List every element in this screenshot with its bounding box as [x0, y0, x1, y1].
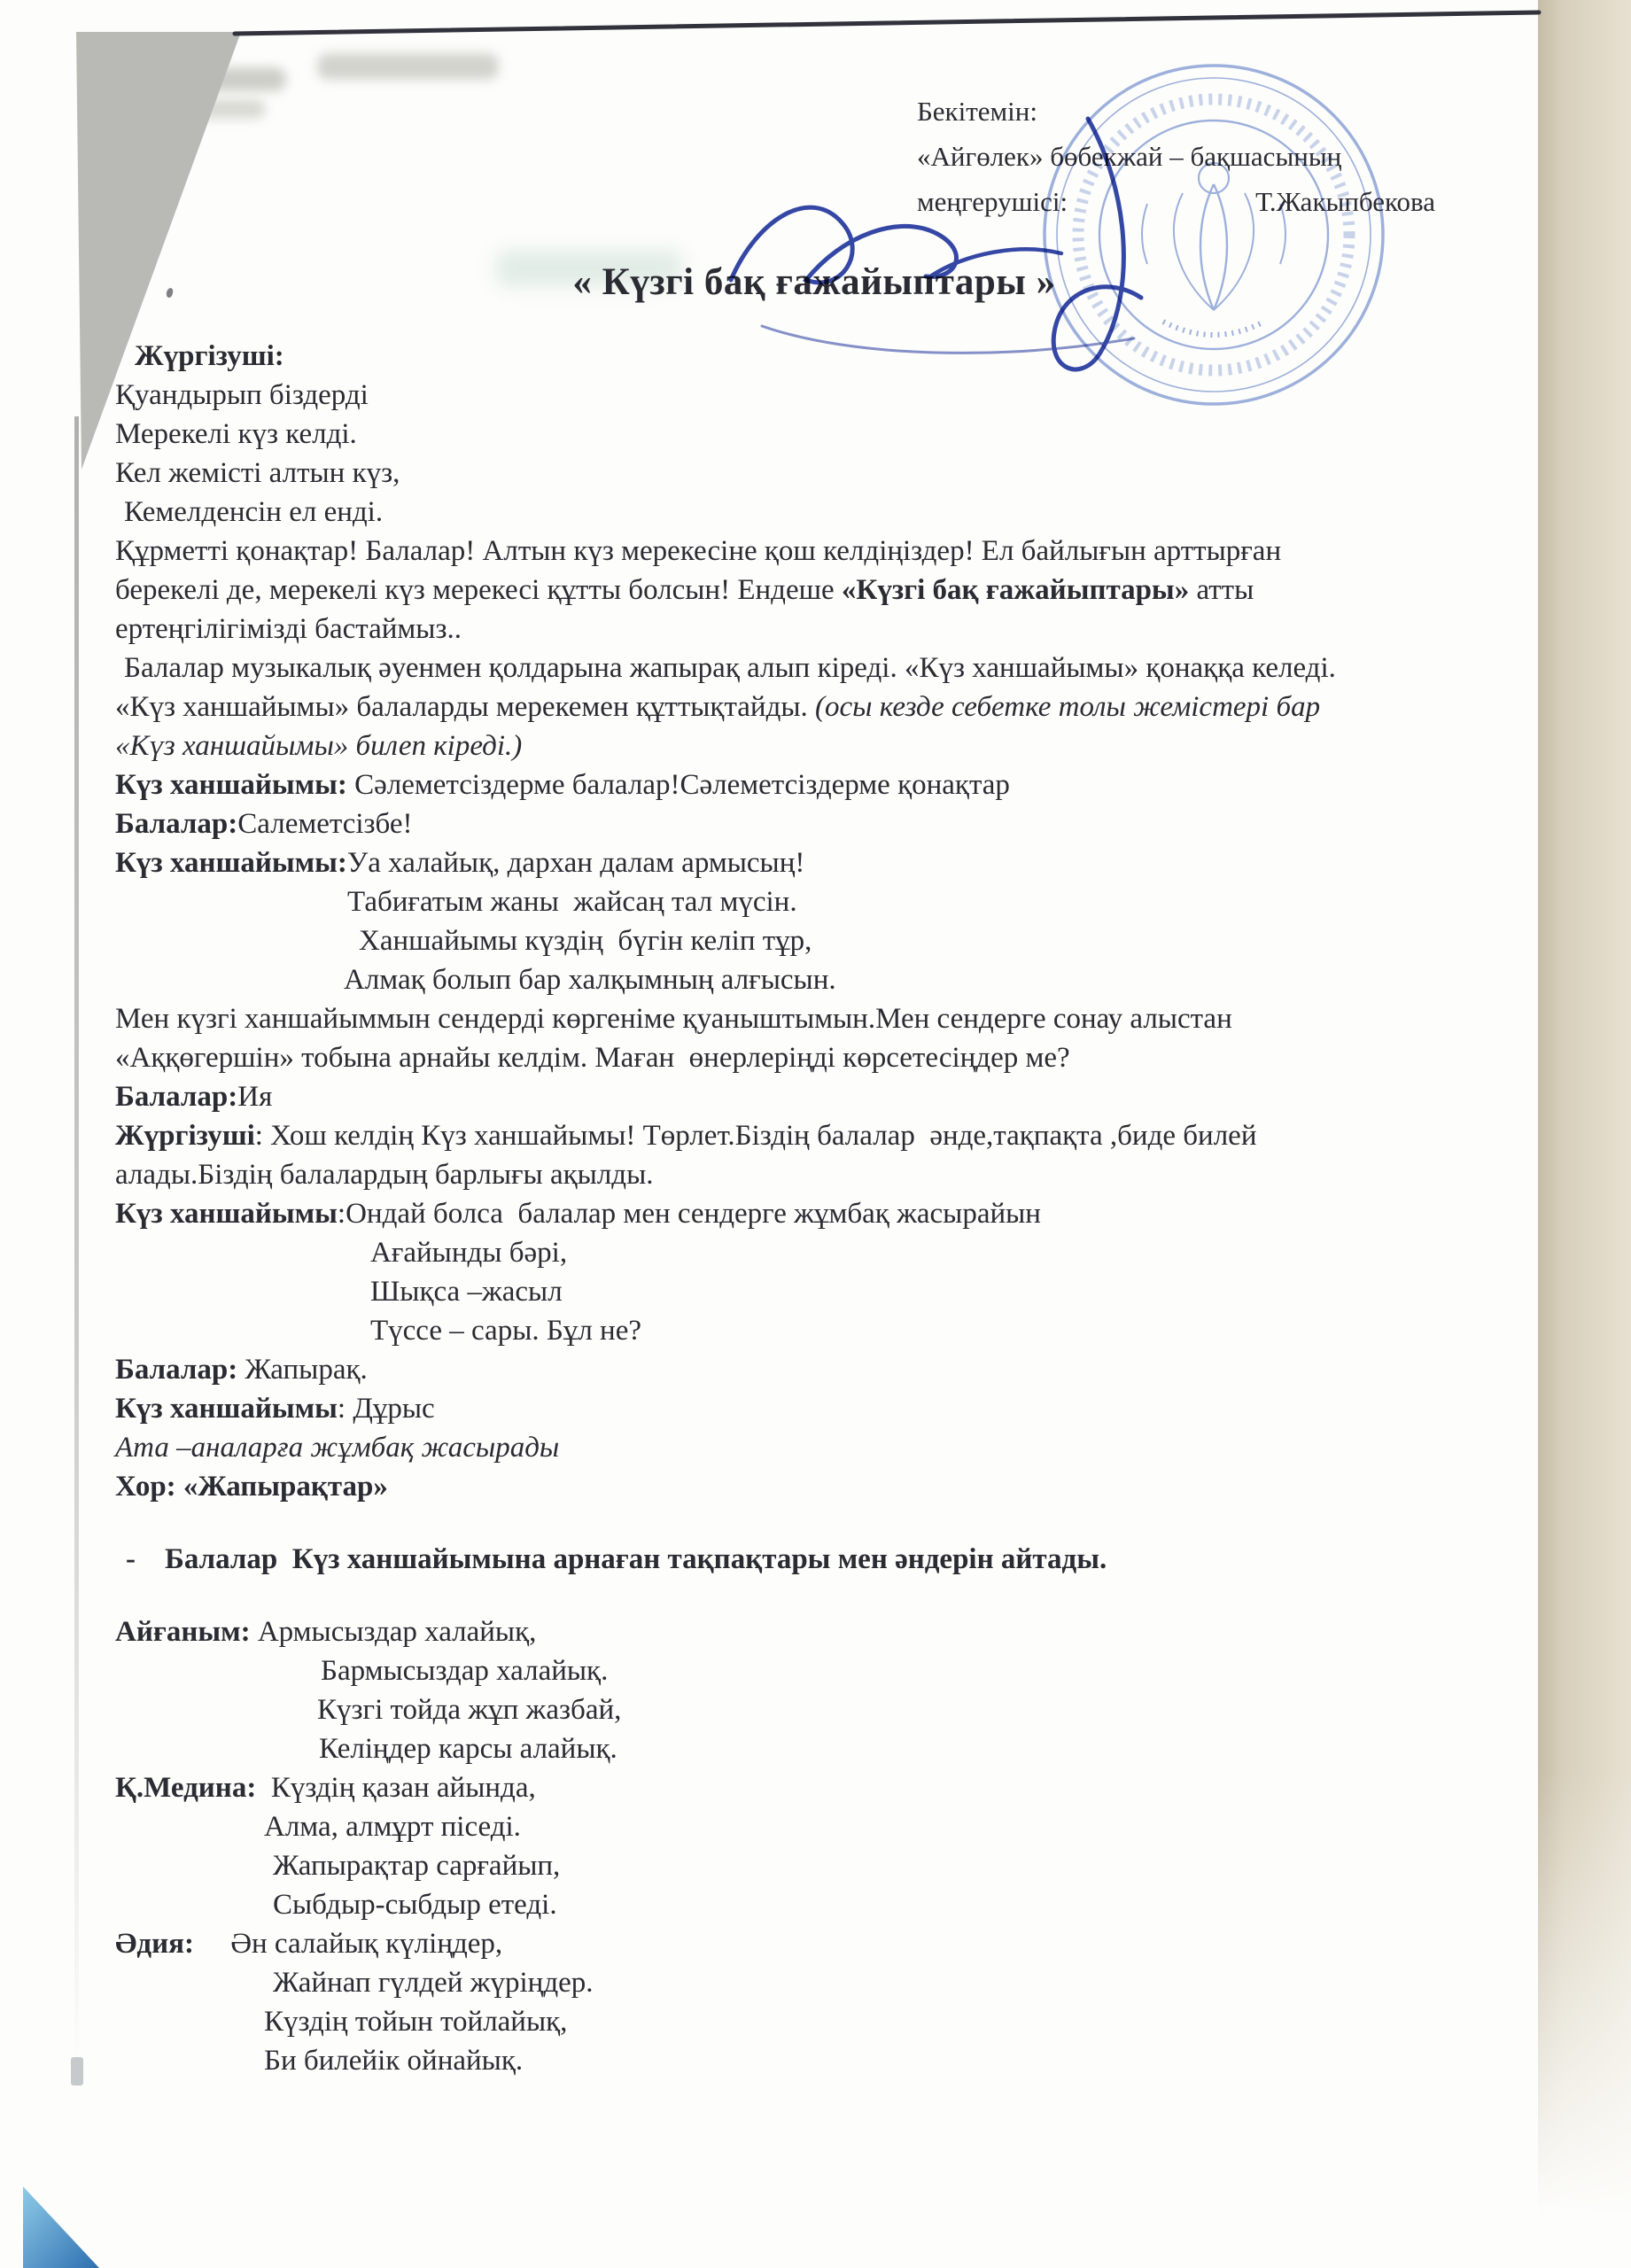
script-line: Кел жемісті алтын күз,: [115, 454, 1528, 493]
speaker-label: Әдия:: [115, 1928, 194, 1960]
script-line: Ата –аналарға жұмбақ жасырады: [115, 1428, 1528, 1467]
line-text: Ханшайымы күздің бүгін келіп тұр,: [359, 925, 812, 957]
line-text: Күздің тойын тойлайық,: [264, 2006, 567, 2038]
speaker-label: Қ.Медина:: [115, 1772, 256, 1804]
line-text: Уа халайық, дархан далам армысың!: [347, 847, 804, 879]
speaker-label: Хор: «Жапырақтар»: [115, 1471, 388, 1503]
line-text: Бармысыздар халайық.: [321, 1655, 608, 1687]
line-text: «Күз ханшайымы» балаларды мерекемен құтт…: [115, 691, 815, 723]
script-line: Күздің тойын тойлайық,: [115, 2002, 1528, 2041]
script-line: Балалар: Жапырақ.: [115, 1350, 1528, 1389]
script-line: Құрметті қонақтар! Балалар! Алтын күз ме…: [115, 532, 1528, 571]
script-line: Жүргізуші: Хош келдің Күз ханшайымы! Төр…: [115, 1116, 1528, 1155]
script-line: Ханшайымы күздің бүгін келіп тұр,: [115, 921, 1528, 960]
script-line: Сыбдыр-сыбдыр етеді.: [115, 1885, 1528, 1924]
speaker-label: «Күзгі бақ ғажайыптары»: [842, 574, 1189, 606]
speaker-label: Айғаным:: [115, 1616, 251, 1648]
line-text: Табиғатым жаны жайсаң тал мүсін.: [347, 886, 797, 918]
script-line: Күз ханшайымы: Дұрыс: [115, 1389, 1528, 1428]
script-line: Күзгі тойда жұп жазбай,: [115, 1690, 1528, 1729]
script-line: Балалар:Ия: [115, 1077, 1528, 1116]
script-line: берекелі де, мерекелі күз мерекесі құтты…: [115, 571, 1528, 610]
line-text: Мерекелі күз келді.: [115, 418, 357, 450]
signature-icon: [709, 103, 1209, 408]
script-line: «Күз ханшайымы» билеп кіреді.): [115, 726, 1528, 765]
speaker-label: Күз ханшайымы: [115, 1198, 338, 1230]
line-text: : Дұрыс: [338, 1393, 435, 1425]
speaker-label: Жүргізуші: [115, 1120, 255, 1152]
script-line: Алма, алмұрт піседі.: [115, 1807, 1528, 1846]
script-lines: Жүргізуші:Қуандырып біздердіМерекелі күз…: [115, 337, 1528, 2080]
script-line: алады.Біздің балалардың барлығы ақылды.: [115, 1155, 1528, 1194]
line-text: Кемелденсін ел енді.: [124, 496, 383, 528]
line-text: Құрметті қонақтар! Балалар! Алтын күз ме…: [115, 535, 1281, 567]
line-text: Ия: [237, 1081, 272, 1113]
script-line: Табиғатым жаны жайсаң тал мүсін.: [115, 882, 1528, 921]
line-text: Түссе – сары. Бұл не?: [370, 1315, 641, 1347]
line-text: Ағайынды бәрі,: [370, 1237, 567, 1269]
script-line: Жапырақтар сарғайып,: [115, 1846, 1528, 1885]
line-text: Ата –аналарға жұмбақ жасырады: [115, 1432, 559, 1464]
script-line: Мерекелі күз келді.: [115, 415, 1528, 454]
line-text: Қуандырып біздерді: [115, 379, 369, 411]
script-line: Шықса –жасыл: [115, 1272, 1528, 1311]
line-text: Сыбдыр-сыбдыр етеді.: [273, 1889, 557, 1921]
speaker-label: Балалар:: [115, 1081, 237, 1113]
line-text: Мен күзгі ханшайыммын сендерді көргеніме…: [115, 1003, 1232, 1035]
script-line: Қ.Медина: Күздің қазан айында,: [115, 1768, 1528, 1807]
script-line: Келіңдер карсы алайық.: [115, 1729, 1528, 1768]
line-text: Жапырақтар сарғайып,: [273, 1850, 560, 1882]
line-text: «Аққөгершін» тобына арнайы келдім. Маған…: [115, 1042, 1070, 1074]
script-line: Бармысыздар халайық.: [115, 1651, 1528, 1690]
speaker-label: Балалар Күз ханшайымына арнаған тақпақта…: [165, 1543, 1107, 1575]
line-text: Келіңдер карсы алайық.: [319, 1733, 617, 1765]
line-text: Шықса –жасыл: [370, 1276, 563, 1308]
line-text: Балалар музыкалық әуенмен қолдарына жапы…: [124, 652, 1336, 684]
line-text: : Хош келдің Күз ханшайымы! Төрлет.Бізді…: [255, 1120, 1257, 1152]
line-text: «Күз ханшайымы» билеп кіреді.): [115, 730, 522, 762]
line-text: Би билейік ойнайық.: [264, 2045, 523, 2077]
script-line: - Балалар Күз ханшайымына арнаған тақпақ…: [115, 1540, 1528, 1579]
script-line: ертеңгілігімізді бастаймыз..: [115, 610, 1528, 649]
script-line: Жайнап гүлдей жүріңдер.: [115, 1963, 1528, 2002]
line-text: берекелі де, мерекелі күз мерекесі құтты…: [115, 574, 842, 606]
line-text: Армысыздар халайық,: [251, 1616, 537, 1648]
speaker-label: Күз ханшайымы: [115, 1393, 338, 1425]
script-line: Айғаным: Армысыздар халайық,: [115, 1612, 1528, 1651]
line-text: Сәлеметсіздерме балалар!Сәлеметсіздерме …: [347, 769, 1010, 801]
speaker-label: Балалар:: [115, 808, 237, 840]
line-text: Алмақ болып бар халқымның алғысын.: [344, 964, 836, 996]
line-text: Кел жемісті алтын күз,: [115, 457, 400, 489]
line-text: [136, 1543, 165, 1575]
line-text: Күзгі тойда жұп жазбай,: [317, 1694, 621, 1726]
script-line: Балалар музыкалық әуенмен қолдарына жапы…: [115, 649, 1528, 687]
script-line: Балалар:Салеметсізбе!: [115, 804, 1528, 843]
line-text: Жайнап гүлдей жүріңдер.: [273, 1967, 594, 1999]
script-line: Түссе – сары. Бұл не?: [115, 1311, 1528, 1350]
bottom-corner-triangle: [23, 2186, 99, 2268]
gray-mark: [71, 2057, 83, 2085]
script-line: «Аққөгершін» тобына арнайы келдім. Маған…: [115, 1038, 1528, 1077]
scanned-document-page: { "colors": { "ink": "#2b2b33", "stamp":…: [0, 0, 1631, 2268]
speaker-label: Балалар:: [115, 1354, 237, 1386]
line-text: :Ондай болса балалар мен сендерге жұмбақ…: [338, 1198, 1041, 1230]
speaker-label: Күз ханшайымы:: [115, 847, 347, 879]
script-line: Хор: «Жапырақтар»: [115, 1467, 1528, 1506]
script-line: Мен күзгі ханшайыммын сендерді көргеніме…: [115, 999, 1528, 1038]
line-text: Күздің қазан айында,: [256, 1772, 535, 1804]
line-text: ертеңгілігімізді бастаймыз..: [115, 613, 462, 645]
speaker-label: Жүргізуші:: [135, 340, 284, 372]
speaker-label: -: [126, 1543, 136, 1575]
line-text: Ән салайық күліңдер,: [194, 1928, 502, 1960]
script-line: Би билейік ойнайық.: [115, 2041, 1528, 2080]
script-line: Кемелденсін ел енді.: [115, 493, 1528, 532]
script-line: Әдия: Ән салайық күліңдер,: [115, 1924, 1528, 1963]
line-text: алады.Біздің балалардың барлығы ақылды.: [115, 1159, 654, 1191]
script-line: Күз ханшайымы: Сәлеметсіздерме балалар!С…: [115, 765, 1528, 804]
speaker-label: Күз ханшайымы:: [115, 769, 347, 801]
top-edge-line: [235, 12, 1539, 34]
line-text: Салеметсізбе!: [237, 808, 412, 840]
script-line: Күз ханшайымы:Уа халайық, дархан далам а…: [115, 843, 1528, 882]
script-line: Алмақ болып бар халқымның алғысын.: [115, 960, 1528, 999]
line-text: Жапырақ.: [237, 1354, 367, 1386]
line-text: (осы кезде себетке толы жемістері бар: [815, 691, 1320, 723]
script-line: «Күз ханшайымы» балаларды мерекемен құтт…: [115, 687, 1528, 726]
script-line: Күз ханшайымы:Ондай болса балалар мен се…: [115, 1194, 1528, 1233]
line-text: Алма, алмұрт піседі.: [264, 1811, 521, 1843]
script-line: Ағайынды бәрі,: [115, 1233, 1528, 1272]
line-text: атты: [1189, 574, 1254, 606]
